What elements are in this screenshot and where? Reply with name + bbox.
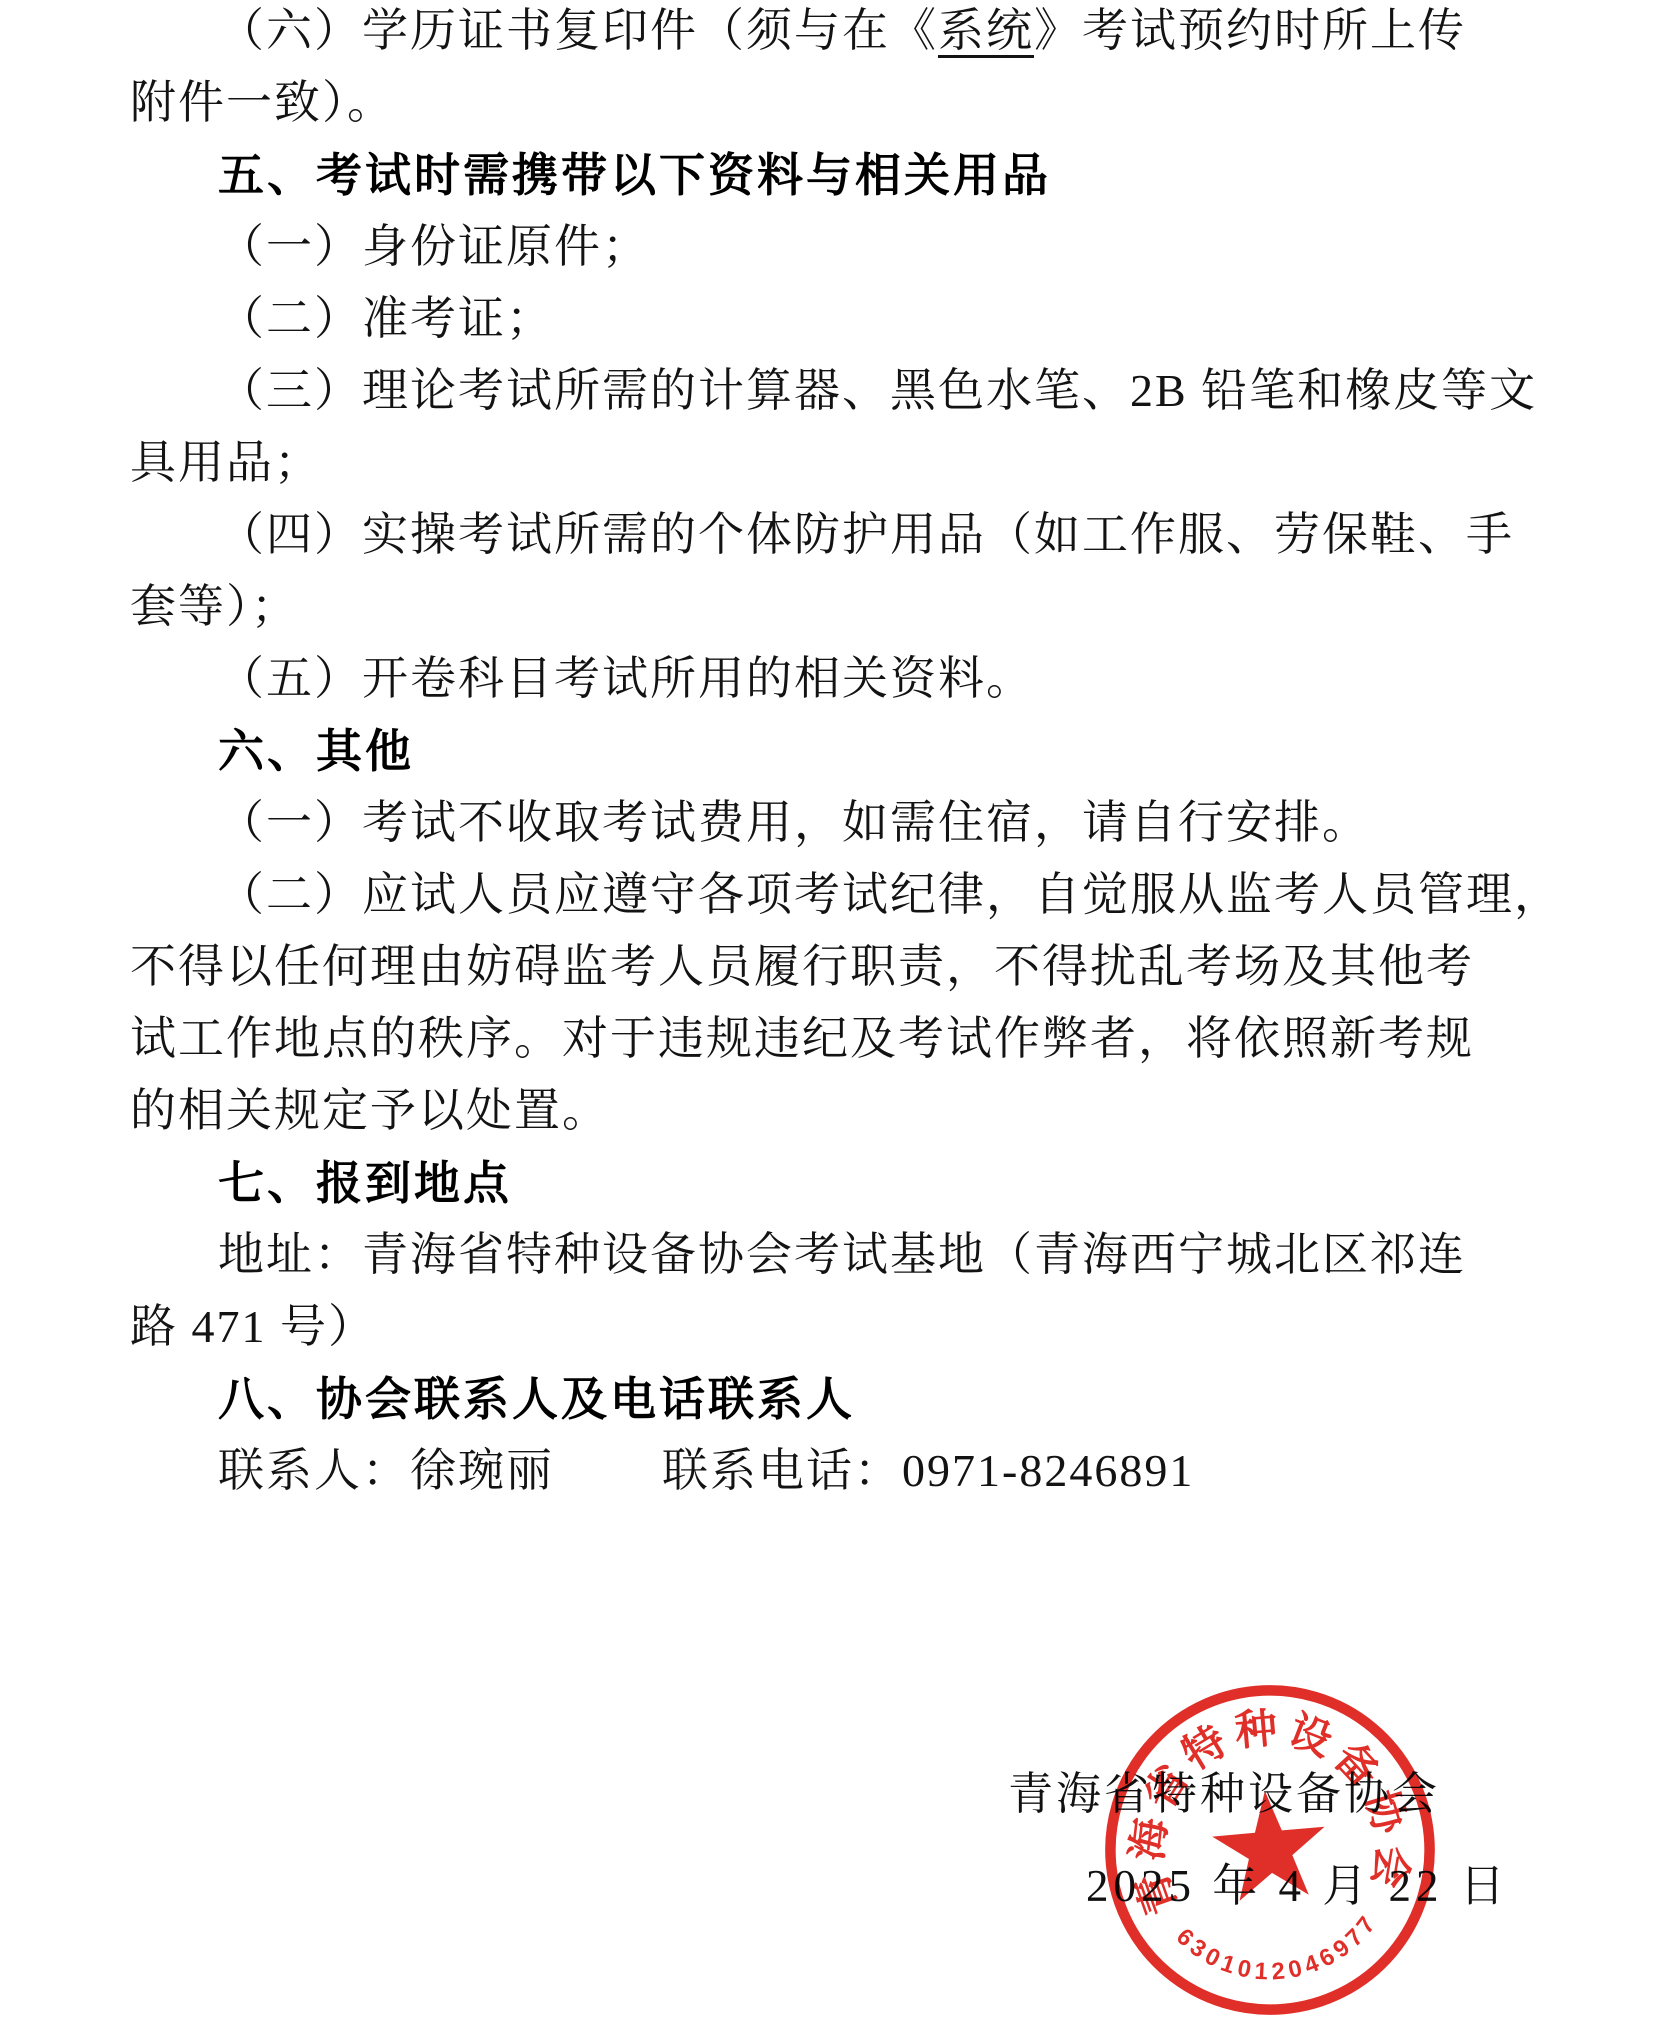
- address-line: 地址：青海省特种设备协会考试基地（青海西宁城北区祁连: [130, 1219, 1550, 1291]
- section-heading-5: 五、考试时需携带以下资料与相关用品: [130, 139, 1550, 211]
- para-six-underlined-term: 系统: [938, 5, 1034, 56]
- star-icon: [1209, 1786, 1331, 1903]
- list-item: （三）理论考试所需的计算器、黑色水笔、2B 铅笔和橡皮等文: [130, 355, 1550, 427]
- body-line: 具用品；: [130, 427, 1550, 499]
- body-line: 附件一致）。: [130, 67, 1550, 139]
- list-item: （一）身份证原件；: [130, 211, 1550, 283]
- body-line: 试工作地点的秩序。对于违规违纪及考试作弊者，将依照新考规: [130, 1003, 1550, 1075]
- section-heading-8: 八、协会联系人及电话联系人: [130, 1363, 1550, 1435]
- para-six-post: 》考试预约时所上传: [1034, 5, 1466, 56]
- list-item: （二）准考证；: [130, 283, 1550, 355]
- address-line-continued: 路 471 号）: [130, 1291, 1550, 1363]
- seal-graphic: 青海省特种设备协会 6301012046977: [1084, 1664, 1457, 2029]
- body-line: 不得以任何理由妨碍监考人员履行职责，不得扰乱考场及其他考: [130, 931, 1550, 1003]
- body-line: 的相关规定予以处置。: [130, 1075, 1550, 1147]
- document-page: （六）学历证书复印件（须与在《系统》考试预约时所上传 附件一致）。 五、考试时需…: [0, 0, 1654, 2029]
- body-line: 套等）；: [130, 571, 1550, 643]
- official-seal-stamp: 青海省特种设备协会 6301012046977: [1084, 1664, 1457, 2029]
- list-item: （五）开卷科目考试所用的相关资料。: [130, 643, 1550, 715]
- contact-person: 联系人：徐琬丽: [218, 1445, 554, 1496]
- para-six-pre: （六）学历证书复印件（须与在《: [218, 5, 938, 56]
- paragraph-six: （六）学历证书复印件（须与在《系统》考试预约时所上传: [130, 0, 1550, 67]
- document-body: （六）学历证书复印件（须与在《系统》考试预约时所上传 附件一致）。 五、考试时需…: [130, 0, 1550, 1507]
- list-item: （二）应试人员应遵守各项考试纪律，自觉服从监考人员管理，: [130, 859, 1550, 931]
- contact-line: 联系人：徐琬丽联系电话：0971-8246891: [130, 1435, 1550, 1507]
- section-heading-7: 七、报到地点: [130, 1147, 1550, 1219]
- section-heading-6: 六、其他: [130, 715, 1550, 787]
- contact-phone: 联系电话：0971-8246891: [662, 1445, 1194, 1496]
- list-item: （四）实操考试所需的个体防护用品（如工作服、劳保鞋、手: [130, 499, 1550, 571]
- list-item: （一）考试不收取考试费用，如需住宿，请自行安排。: [130, 787, 1550, 859]
